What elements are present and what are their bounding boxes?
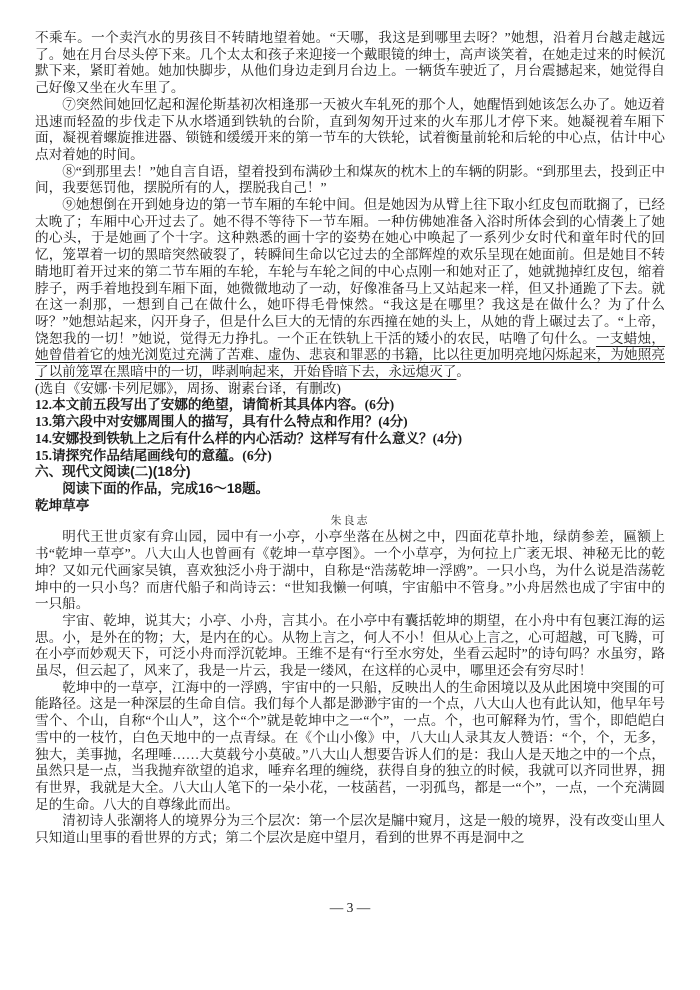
reading-one-section: 不乘车。一个卖汽水的男孩目不转睛地望着她。“天哪，我这是到哪里去呀？”她想，沿着… (35, 30, 665, 464)
essay-title: 乾坤草亭 (35, 498, 665, 515)
section-six-instruction: 阅读下面的作品，完成16～18题。 (35, 481, 665, 498)
passage-paragraph-9: ⑨她想倒在开到她身边的第一节车厢的车轮中间。但是她因为从臂上往下取小红皮包而耽搁… (35, 197, 665, 381)
question-13: 13.第六段中对安娜周围人的描写，具有什么特点和作用？(4分) (35, 414, 665, 431)
essay-paragraph-1: 明代王世贞家有弇山园，园中有一小亭，小亭坐落在丛树之中，四面花草扑地，绿荫参差，… (35, 529, 665, 613)
essay-paragraph-2: 宇宙、乾坤，说其大；小亭、小舟，言其小。在小亭中有囊括乾坤的期望，在小舟中有包裹… (35, 613, 665, 680)
passage-paragraph-7: ⑦突然间她回忆起和渥伦斯基初次相逢那一天被火车轧死的那个人，她醒悟到她该怎么办了… (35, 97, 665, 164)
passage-attribution: (选自《安娜·卡列尼娜》，周扬、谢素台译，有删改) (35, 381, 665, 398)
page-number: — 3 — (330, 900, 371, 915)
passage-paragraph-8: ⑧“到那里去！”她自言自语，望着投到布满砂土和煤灰的枕木上的车辆的阴影。“到那里… (35, 164, 665, 197)
paragraph-9-ending-period: 。 (456, 364, 470, 379)
exam-page: 不乘车。一个卖汽水的男孩目不转睛地望着她。“天哪，我这是到哪里去呀？”她想，沿着… (0, 0, 700, 990)
reading-two-section: 六、现代文阅读(二)(18分) 阅读下面的作品，完成16～18题。 乾坤草亭 朱… (35, 464, 665, 846)
page-footer: — 3 — (0, 900, 700, 916)
essay-author: 朱良志 (35, 514, 665, 529)
passage-paragraph-continuation: 不乘车。一个卖汽水的男孩目不转睛地望着她。“天哪，我这是到哪里去呀？”她想，沿着… (35, 30, 665, 97)
essay-paragraph-4: 清初诗人张潮将人的境界分为三个层次：第一个层次是牖中窥月，这是一般的境界，没有改… (35, 813, 665, 846)
page-content: 不乘车。一个卖汽水的男孩目不转睛地望着她。“天哪，我这是到哪里去呀？”她想，沿着… (0, 0, 700, 847)
question-12: 12.本文前五段写出了安娜的绝望，请简析其具体内容。(6分) (35, 397, 665, 414)
question-15: 15.请探究作品结尾画线句的意蕴。(6分) (35, 448, 665, 465)
essay-paragraph-3: 乾坤中的一草亭，江海中的一浮鸥，宇宙中的一只船，反映出人的生命困境以及从此困境中… (35, 680, 665, 814)
section-six-header: 六、现代文阅读(二)(18分) (35, 464, 665, 481)
paragraph-9-text: ⑨她想倒在开到她身边的第一节车厢的车轮中间。但是她因为从臂上往下取小红皮包而耽搁… (35, 197, 665, 346)
question-14: 14.安娜投到铁轨上之后有什么样的内心活动？这样写有什么意义？(4分) (35, 431, 665, 448)
